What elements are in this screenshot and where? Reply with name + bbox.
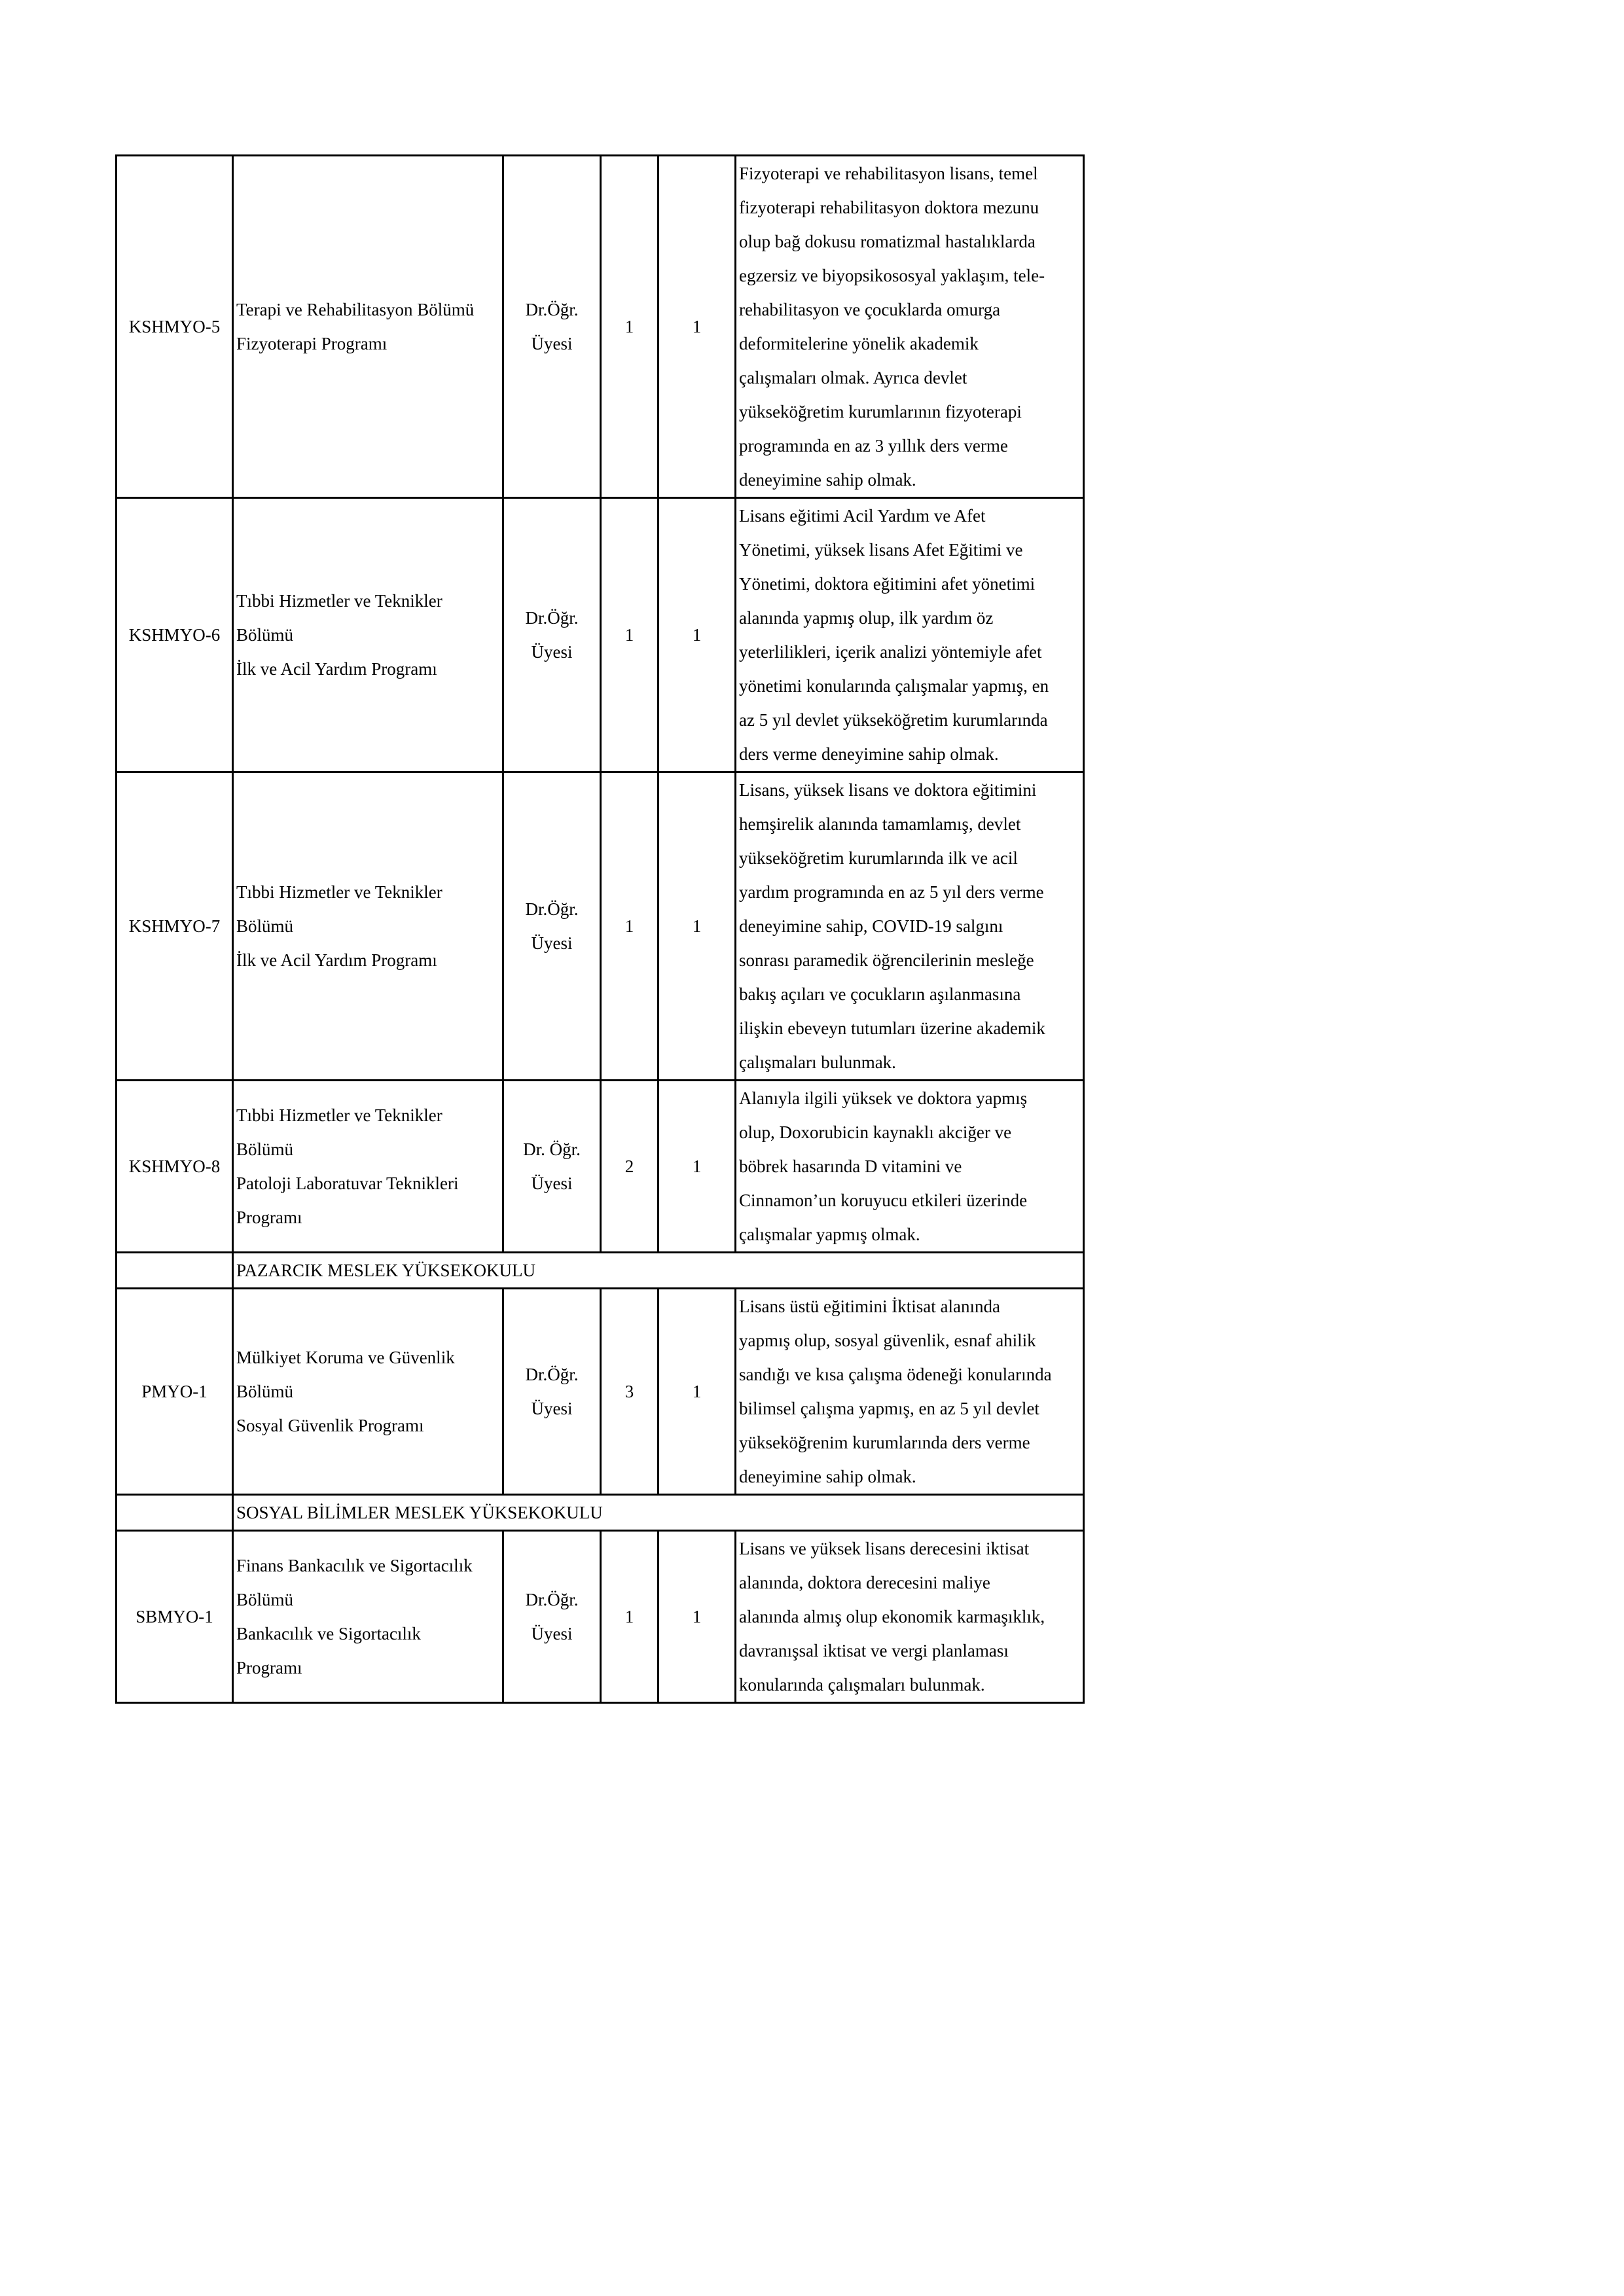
grade: 1 <box>601 1531 659 1703</box>
table-row: PMYO-1 Mülkiyet Koruma ve GüvenlikBölümü… <box>117 1289 1084 1495</box>
requirements: Lisans ve yüksek lisans derecesini iktis… <box>736 1531 1084 1703</box>
text-line: Dr.Öğr. <box>507 601 597 635</box>
table-row: KSHMYO-5 Terapi ve Rehabilitasyon Bölümü… <box>117 156 1084 498</box>
text-line: böbrek hasarında D vitamini ve <box>739 1149 1080 1183</box>
text-line: yapmış olup, sosyal güvenlik, esnaf ahil… <box>739 1323 1080 1357</box>
table-row: SBMYO-1 Finans Bankacılık ve Sigortacılı… <box>117 1531 1084 1703</box>
text-line: Tıbbi Hizmetler ve Teknikler <box>236 1098 499 1132</box>
text-line: Fizyoterapi Programı <box>236 327 499 361</box>
text-line: yükseköğrenim kurumlarında ders verme <box>739 1426 1080 1460</box>
text-line: Dr.Öğr. <box>507 293 597 327</box>
text-line: yardım programında en az 5 yıl ders verm… <box>739 875 1080 909</box>
department-program: Finans Bankacılık ve SigortacılıkBölümüB… <box>233 1531 503 1703</box>
text-line: deformitelerine yönelik akademik <box>739 327 1080 361</box>
requirements: Lisans, yüksek lisans ve doktora eğitimi… <box>736 772 1084 1081</box>
text-line: Finans Bankacılık ve Sigortacılık <box>236 1549 499 1583</box>
text-line: Mülkiyet Koruma ve Güvenlik <box>236 1340 499 1374</box>
table-row: KSHMYO-8 Tıbbi Hizmetler ve TekniklerBöl… <box>117 1081 1084 1253</box>
text-line: Yönetimi, doktora eğitimini afet yönetim… <box>739 567 1080 601</box>
text-line: Bölümü <box>236 1374 499 1408</box>
department-program: Mülkiyet Koruma ve GüvenlikBölümüSosyal … <box>233 1289 503 1495</box>
text-line: deneyimine sahip olmak. <box>739 1460 1080 1494</box>
requirements: Fizyoterapi ve rehabilitasyon lisans, te… <box>736 156 1084 498</box>
position-code: SBMYO-1 <box>117 1531 233 1703</box>
academic-title: Dr.Öğr.Üyesi <box>503 772 601 1081</box>
text-line: ilişkin ebeveyn tutumları üzerine akadem… <box>739 1011 1080 1045</box>
text-line: alanında almış olup ekonomik karmaşıklık… <box>739 1600 1080 1634</box>
position-count: 1 <box>659 1081 736 1253</box>
text-line: Üyesi <box>507 1391 597 1426</box>
text-line: Sosyal Güvenlik Programı <box>236 1408 499 1443</box>
text-line: Yönetimi, yüksek lisans Afet Eğitimi ve <box>739 533 1080 567</box>
position-count: 1 <box>659 498 736 772</box>
section-label: SOSYAL BİLİMLER MESLEK YÜKSEKOKULU <box>233 1495 1084 1531</box>
text-line: Fizyoterapi ve rehabilitasyon lisans, te… <box>739 156 1080 190</box>
text-line: deneyimine sahip olmak. <box>739 463 1080 497</box>
text-line: sonrası paramedik öğrencilerinin mesleğe <box>739 943 1080 977</box>
text-line: rehabilitasyon ve çocuklarda omurga <box>739 293 1080 327</box>
department-program: Tıbbi Hizmetler ve TekniklerBölümüPatolo… <box>233 1081 503 1253</box>
position-code: KSHMYO-5 <box>117 156 233 498</box>
text-line: Üyesi <box>507 1166 597 1200</box>
text-line: alanında yapmış olup, ilk yardım öz <box>739 601 1080 635</box>
positions-table-body: KSHMYO-5 Terapi ve Rehabilitasyon Bölümü… <box>117 156 1084 1703</box>
text-line: Dr. Öğr. <box>507 1132 597 1166</box>
text-line: Alanıyla ilgili yüksek ve doktora yapmış <box>739 1081 1080 1115</box>
position-count: 1 <box>659 772 736 1081</box>
text-line: davranışsal iktisat ve vergi planlaması <box>739 1634 1080 1668</box>
text-line: İlk ve Acil Yardım Programı <box>236 943 499 977</box>
text-line: alanında, doktora derecesini maliye <box>739 1566 1080 1600</box>
text-line: Programı <box>236 1651 499 1685</box>
requirements: Lisans üstü eğitimini İktisat alanındaya… <box>736 1289 1084 1495</box>
text-line: konularında çalışmaları bulunmak. <box>739 1668 1080 1702</box>
text-line: yeterlilikleri, içerik analizi yöntemiyl… <box>739 635 1080 669</box>
department-program: Terapi ve Rehabilitasyon BölümüFizyotera… <box>233 156 503 498</box>
text-line: Üyesi <box>507 926 597 960</box>
table-row: KSHMYO-6 Tıbbi Hizmetler ve TekniklerBöl… <box>117 498 1084 772</box>
section-label: PAZARCIK MESLEK YÜKSEKOKULU <box>233 1253 1084 1289</box>
position-code: KSHMYO-8 <box>117 1081 233 1253</box>
text-line: Cinnamon’un koruyucu etkileri üzerinde <box>739 1183 1080 1217</box>
text-line: bilimsel çalışma yapmış, en az 5 yıl dev… <box>739 1391 1080 1426</box>
text-line: Dr.Öğr. <box>507 1357 597 1391</box>
text-line: Bankacılık ve Sigortacılık <box>236 1617 499 1651</box>
grade: 1 <box>601 498 659 772</box>
text-line: olup, Doxorubicin kaynaklı akciğer ve <box>739 1115 1080 1149</box>
text-line: Bölümü <box>236 1583 499 1617</box>
requirements: Lisans eğitimi Acil Yardım ve AfetYöneti… <box>736 498 1084 772</box>
text-line: Dr.Öğr. <box>507 892 597 926</box>
text-line: Lisans eğitimi Acil Yardım ve Afet <box>739 499 1080 533</box>
text-line: çalışmaları olmak. Ayrıca devlet <box>739 361 1080 395</box>
text-line: Lisans üstü eğitimini İktisat alanında <box>739 1289 1080 1323</box>
text-line: egzersiz ve biyopsikososyal yaklaşım, te… <box>739 259 1080 293</box>
text-line: fizyoterapi rehabilitasyon doktora mezun… <box>739 190 1080 224</box>
text-line: Üyesi <box>507 1617 597 1651</box>
text-line: Dr.Öğr. <box>507 1583 597 1617</box>
academic-title: Dr.Öğr.Üyesi <box>503 498 601 772</box>
section-empty-cell <box>117 1495 233 1531</box>
requirements: Alanıyla ilgili yüksek ve doktora yapmış… <box>736 1081 1084 1253</box>
position-code: KSHMYO-6 <box>117 498 233 772</box>
text-line: Patoloji Laboratuvar Teknikleri <box>236 1166 499 1200</box>
positions-table: KSHMYO-5 Terapi ve Rehabilitasyon Bölümü… <box>115 154 1085 1704</box>
text-line: yönetimi konularında çalışmalar yapmış, … <box>739 669 1080 703</box>
text-line: Lisans, yüksek lisans ve doktora eğitimi… <box>739 773 1080 807</box>
position-count: 1 <box>659 1289 736 1495</box>
text-line: Bölümü <box>236 1132 499 1166</box>
grade: 2 <box>601 1081 659 1253</box>
table-row: KSHMYO-7 Tıbbi Hizmetler ve TekniklerBöl… <box>117 772 1084 1081</box>
position-code: PMYO-1 <box>117 1289 233 1495</box>
section-header-row: PAZARCIK MESLEK YÜKSEKOKULU <box>117 1253 1084 1289</box>
text-line: bakış açıları ve çocukların aşılanmasına <box>739 977 1080 1011</box>
text-line: programında en az 3 yıllık ders verme <box>739 429 1080 463</box>
section-empty-cell <box>117 1253 233 1289</box>
department-program: Tıbbi Hizmetler ve TekniklerBölümüİlk ve… <box>233 498 503 772</box>
text-line: Programı <box>236 1200 499 1234</box>
department-program: Tıbbi Hizmetler ve TekniklerBölümüİlk ve… <box>233 772 503 1081</box>
position-code: KSHMYO-7 <box>117 772 233 1081</box>
grade: 3 <box>601 1289 659 1495</box>
text-line: çalışmalar yapmış olmak. <box>739 1217 1080 1251</box>
section-header-row: SOSYAL BİLİMLER MESLEK YÜKSEKOKULU <box>117 1495 1084 1531</box>
text-line: hemşirelik alanında tamamlamış, devlet <box>739 807 1080 841</box>
text-line: sandığı ve kısa çalışma ödeneği konuları… <box>739 1357 1080 1391</box>
academic-title: Dr. Öğr.Üyesi <box>503 1081 601 1253</box>
text-line: ders verme deneyimine sahip olmak. <box>739 737 1080 771</box>
position-count: 1 <box>659 156 736 498</box>
text-line: yükseköğretim kurumlarında ilk ve acil <box>739 841 1080 875</box>
text-line: olup bağ dokusu romatizmal hastalıklarda <box>739 224 1080 259</box>
academic-title: Dr.Öğr.Üyesi <box>503 1289 601 1495</box>
text-line: çalışmaları bulunmak. <box>739 1045 1080 1079</box>
text-line: az 5 yıl devlet yükseköğretim kurumların… <box>739 703 1080 737</box>
text-line: Üyesi <box>507 635 597 669</box>
text-line: Üyesi <box>507 327 597 361</box>
grade: 1 <box>601 156 659 498</box>
text-line: deneyimine sahip, COVID-19 salgını <box>739 909 1080 943</box>
position-count: 1 <box>659 1531 736 1703</box>
text-line: Lisans ve yüksek lisans derecesini iktis… <box>739 1532 1080 1566</box>
text-line: Bölümü <box>236 618 499 652</box>
text-line: yükseköğretim kurumlarının fizyoterapi <box>739 395 1080 429</box>
text-line: Tıbbi Hizmetler ve Teknikler <box>236 875 499 909</box>
text-line: Bölümü <box>236 909 499 943</box>
text-line: Terapi ve Rehabilitasyon Bölümü <box>236 293 499 327</box>
academic-title: Dr.Öğr.Üyesi <box>503 1531 601 1703</box>
grade: 1 <box>601 772 659 1081</box>
text-line: İlk ve Acil Yardım Programı <box>236 652 499 686</box>
academic-title: Dr.Öğr.Üyesi <box>503 156 601 498</box>
text-line: Tıbbi Hizmetler ve Teknikler <box>236 584 499 618</box>
